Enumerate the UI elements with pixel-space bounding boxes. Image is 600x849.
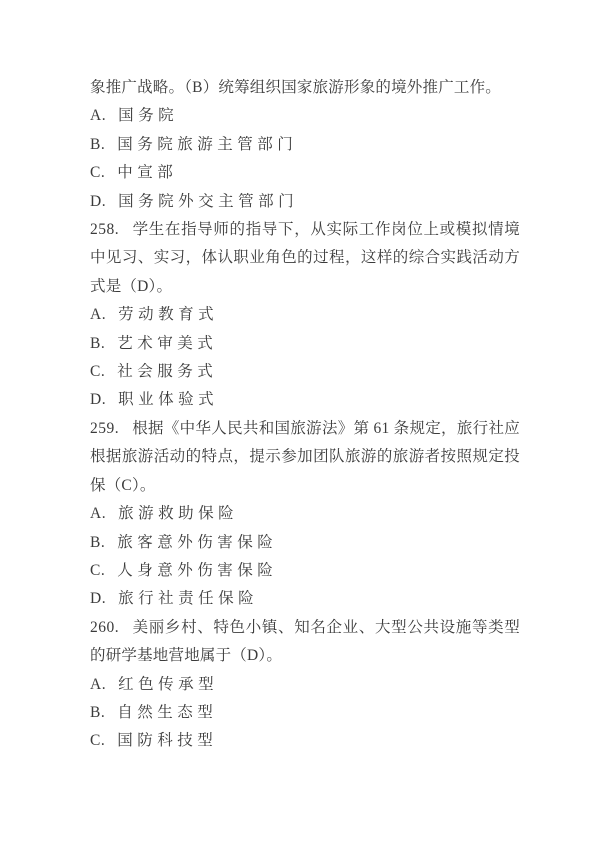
option-row-b: B.国务院旅游主管部门	[90, 131, 520, 159]
option-label: C.	[90, 363, 105, 380]
option-row-c: C.国防科技型	[90, 727, 520, 755]
option-text: 国务院旅游主管部门	[117, 136, 297, 153]
option-text: 红色传承型	[118, 676, 218, 693]
question-block-259: 259.根据《中华人民共和国旅游法》第 61 条规定，旅行社应根据旅游活动的特点…	[90, 415, 520, 614]
question-number: 259.	[90, 420, 119, 437]
option-row-c: C.人身意外伤害保险	[90, 557, 520, 585]
question-continuation-text: 象推广战略。（B）统筹组织国家旅游形象的境外推广工作。	[90, 74, 520, 102]
option-label: A.	[90, 107, 106, 124]
option-label: B.	[90, 136, 105, 153]
exam-question-list: 象推广战略。（B）统筹组织国家旅游形象的境外推广工作。 A.国务院 B.国务院旅…	[90, 74, 520, 756]
option-row-b: B.艺术审美式	[90, 330, 520, 358]
option-label: D.	[90, 391, 106, 408]
option-row-b: B.自然生态型	[90, 699, 520, 727]
option-label: C.	[90, 732, 105, 749]
question-block-258: 258.学生在指导师的指导下，从实际工作岗位上或模拟情境中见习、实习，体认职业角…	[90, 216, 520, 415]
option-text: 中宣部	[117, 164, 177, 181]
option-row-c: C.社会服务式	[90, 358, 520, 386]
option-text: 劳动教育式	[118, 306, 218, 323]
option-text: 旅行社责任保险	[118, 590, 258, 607]
option-row-d: D.国务院外交主管部门	[90, 188, 520, 216]
option-text: 旅客意外伤害保险	[117, 534, 277, 551]
option-label: B.	[90, 534, 105, 551]
question-stem: 259.根据《中华人民共和国旅游法》第 61 条规定，旅行社应根据旅游活动的特点…	[90, 415, 520, 500]
question-block-260: 260.美丽乡村、特色小镇、知名企业、大型公共设施等类型的研学基地营地属于（D）…	[90, 614, 520, 756]
option-text: 艺术审美式	[117, 335, 217, 352]
option-text: 自然生态型	[117, 704, 217, 721]
option-row-a: A.国务院	[90, 102, 520, 130]
option-row-a: A.劳动教育式	[90, 301, 520, 329]
option-label: A.	[90, 505, 106, 522]
option-label: C.	[90, 164, 105, 181]
option-text: 国务院	[118, 107, 178, 124]
option-label: A.	[90, 676, 106, 693]
option-text: 人身意外伤害保险	[117, 562, 277, 579]
option-text: 社会服务式	[117, 363, 217, 380]
option-label: D.	[90, 590, 106, 607]
option-label: D.	[90, 193, 106, 210]
option-label: A.	[90, 306, 106, 323]
option-label: B.	[90, 704, 105, 721]
option-text: 旅游救助保险	[118, 505, 238, 522]
option-label: B.	[90, 335, 105, 352]
stem-text: 象推广战略。（B）统筹组织国家旅游形象的境外推广工作。	[90, 79, 501, 96]
question-number: 258.	[90, 221, 119, 238]
question-stem: 258.学生在指导师的指导下，从实际工作岗位上或模拟情境中见习、实习，体认职业角…	[90, 216, 520, 301]
option-text: 国务院外交主管部门	[118, 193, 298, 210]
option-row-b: B.旅客意外伤害保险	[90, 529, 520, 557]
option-row-d: D.职业体验式	[90, 386, 520, 414]
option-label: C.	[90, 562, 105, 579]
option-row-a: A.红色传承型	[90, 671, 520, 699]
option-row-c: C.中宣部	[90, 159, 520, 187]
option-row-a: A.旅游救助保险	[90, 500, 520, 528]
option-row-d: D.旅行社责任保险	[90, 585, 520, 613]
question-continuation-block: 象推广战略。（B）统筹组织国家旅游形象的境外推广工作。 A.国务院 B.国务院旅…	[90, 74, 520, 216]
question-number: 260.	[90, 619, 119, 636]
document-page: 象推广战略。（B）统筹组织国家旅游形象的境外推广工作。 A.国务院 B.国务院旅…	[0, 0, 600, 849]
option-text: 国防科技型	[117, 732, 217, 749]
stem-text: 学生在指导师的指导下，从实际工作岗位上或模拟情境中见习、实习，体认职业角色的过程…	[90, 221, 520, 295]
question-stem: 260.美丽乡村、特色小镇、知名企业、大型公共设施等类型的研学基地营地属于（D）…	[90, 614, 520, 671]
stem-text: 根据《中华人民共和国旅游法》第 61 条规定，旅行社应根据旅游活动的特点，提示参…	[90, 420, 520, 494]
stem-text: 美丽乡村、特色小镇、知名企业、大型公共设施等类型的研学基地营地属于（D）。	[90, 619, 520, 664]
option-text: 职业体验式	[118, 391, 218, 408]
